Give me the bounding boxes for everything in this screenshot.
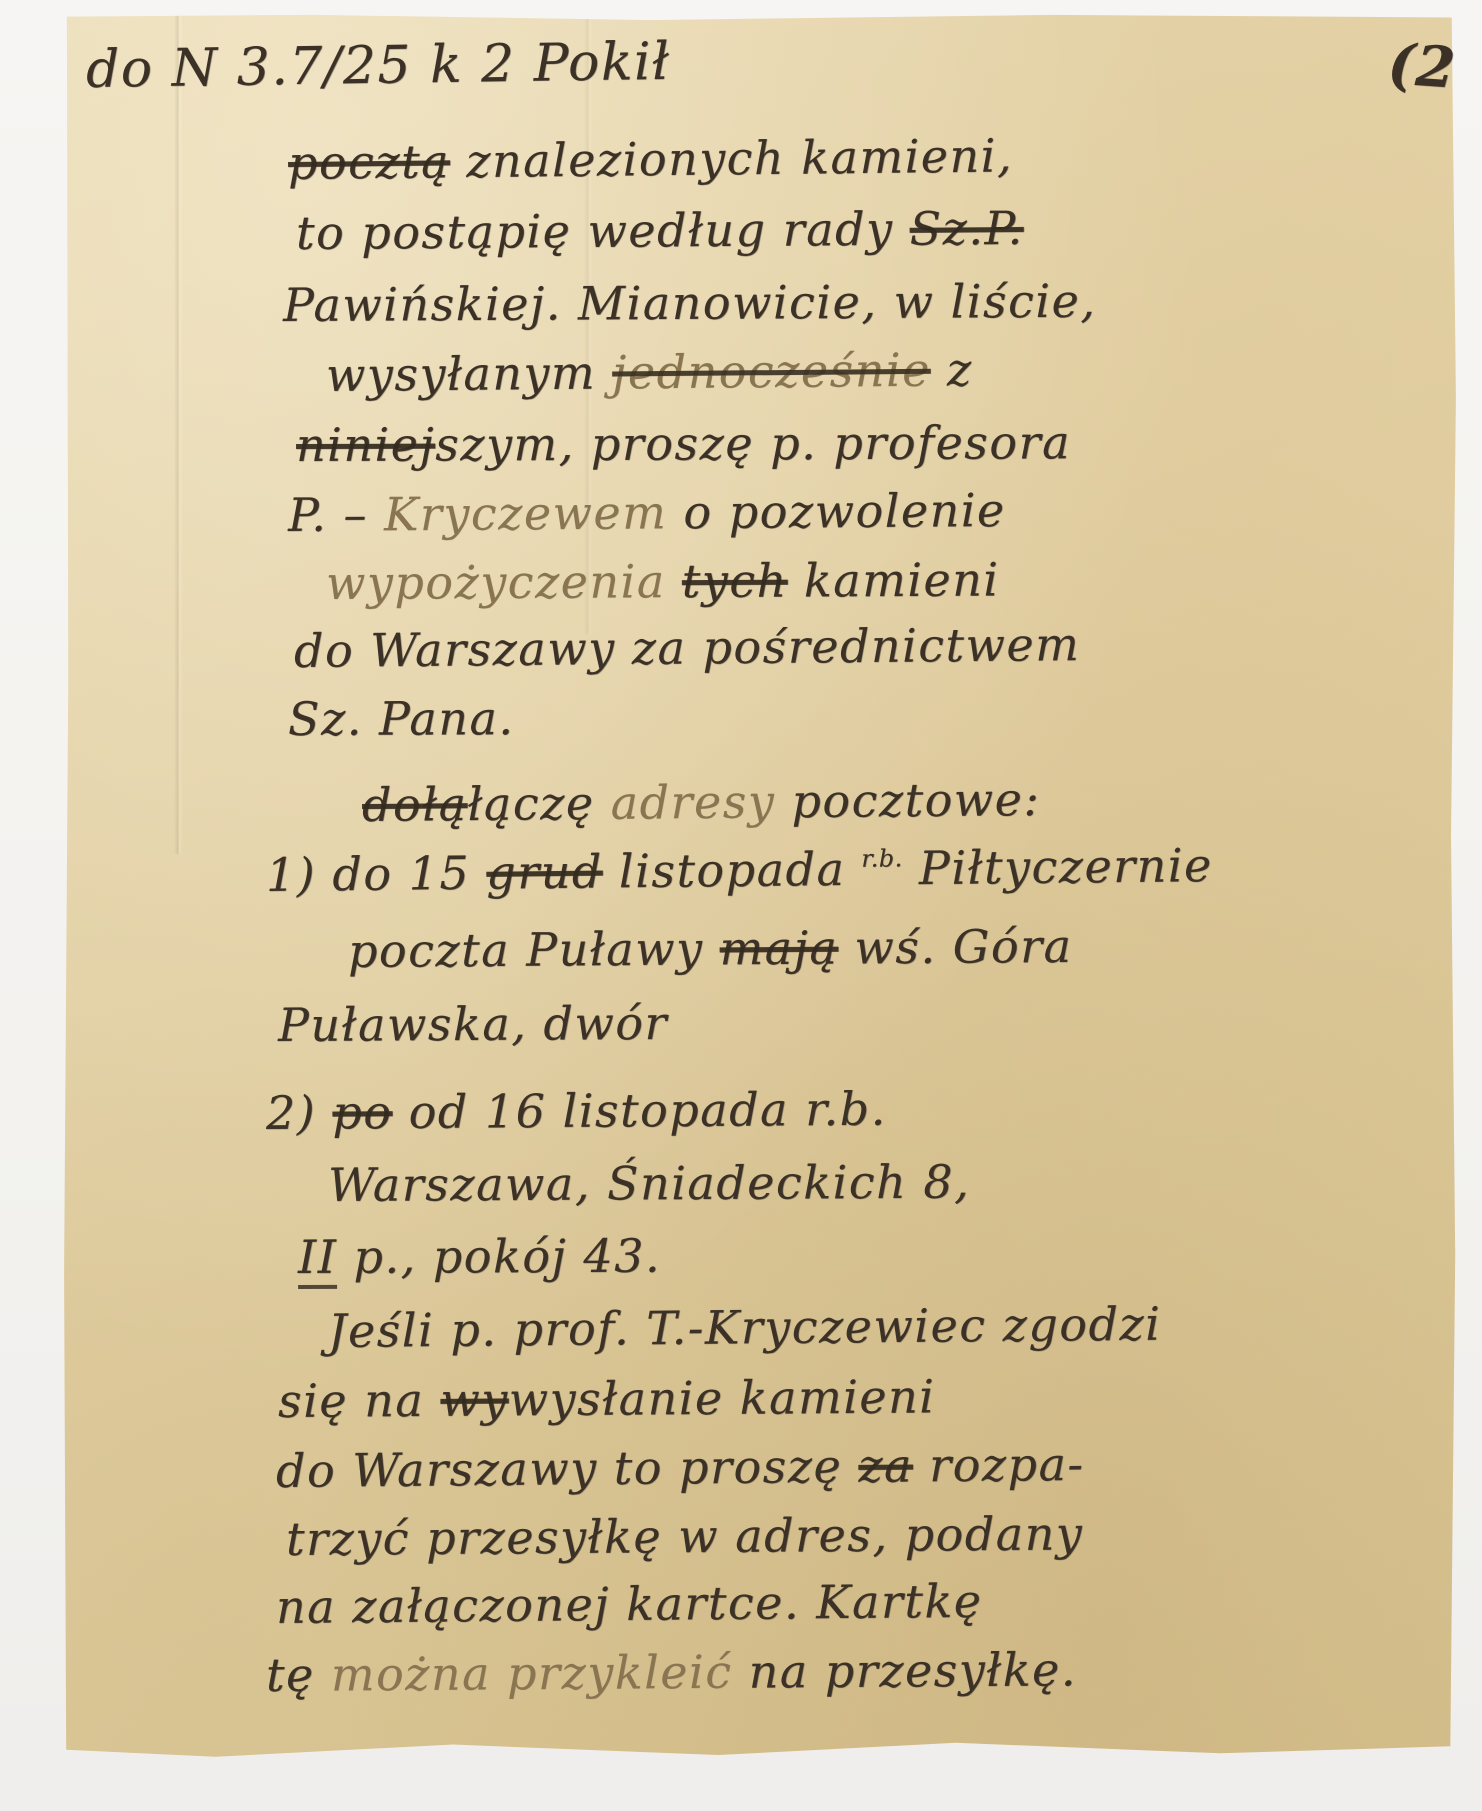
paper-crease — [584, 14, 593, 634]
scanned-letter-page — [62, 14, 1458, 1762]
paper-crease — [174, 14, 183, 854]
